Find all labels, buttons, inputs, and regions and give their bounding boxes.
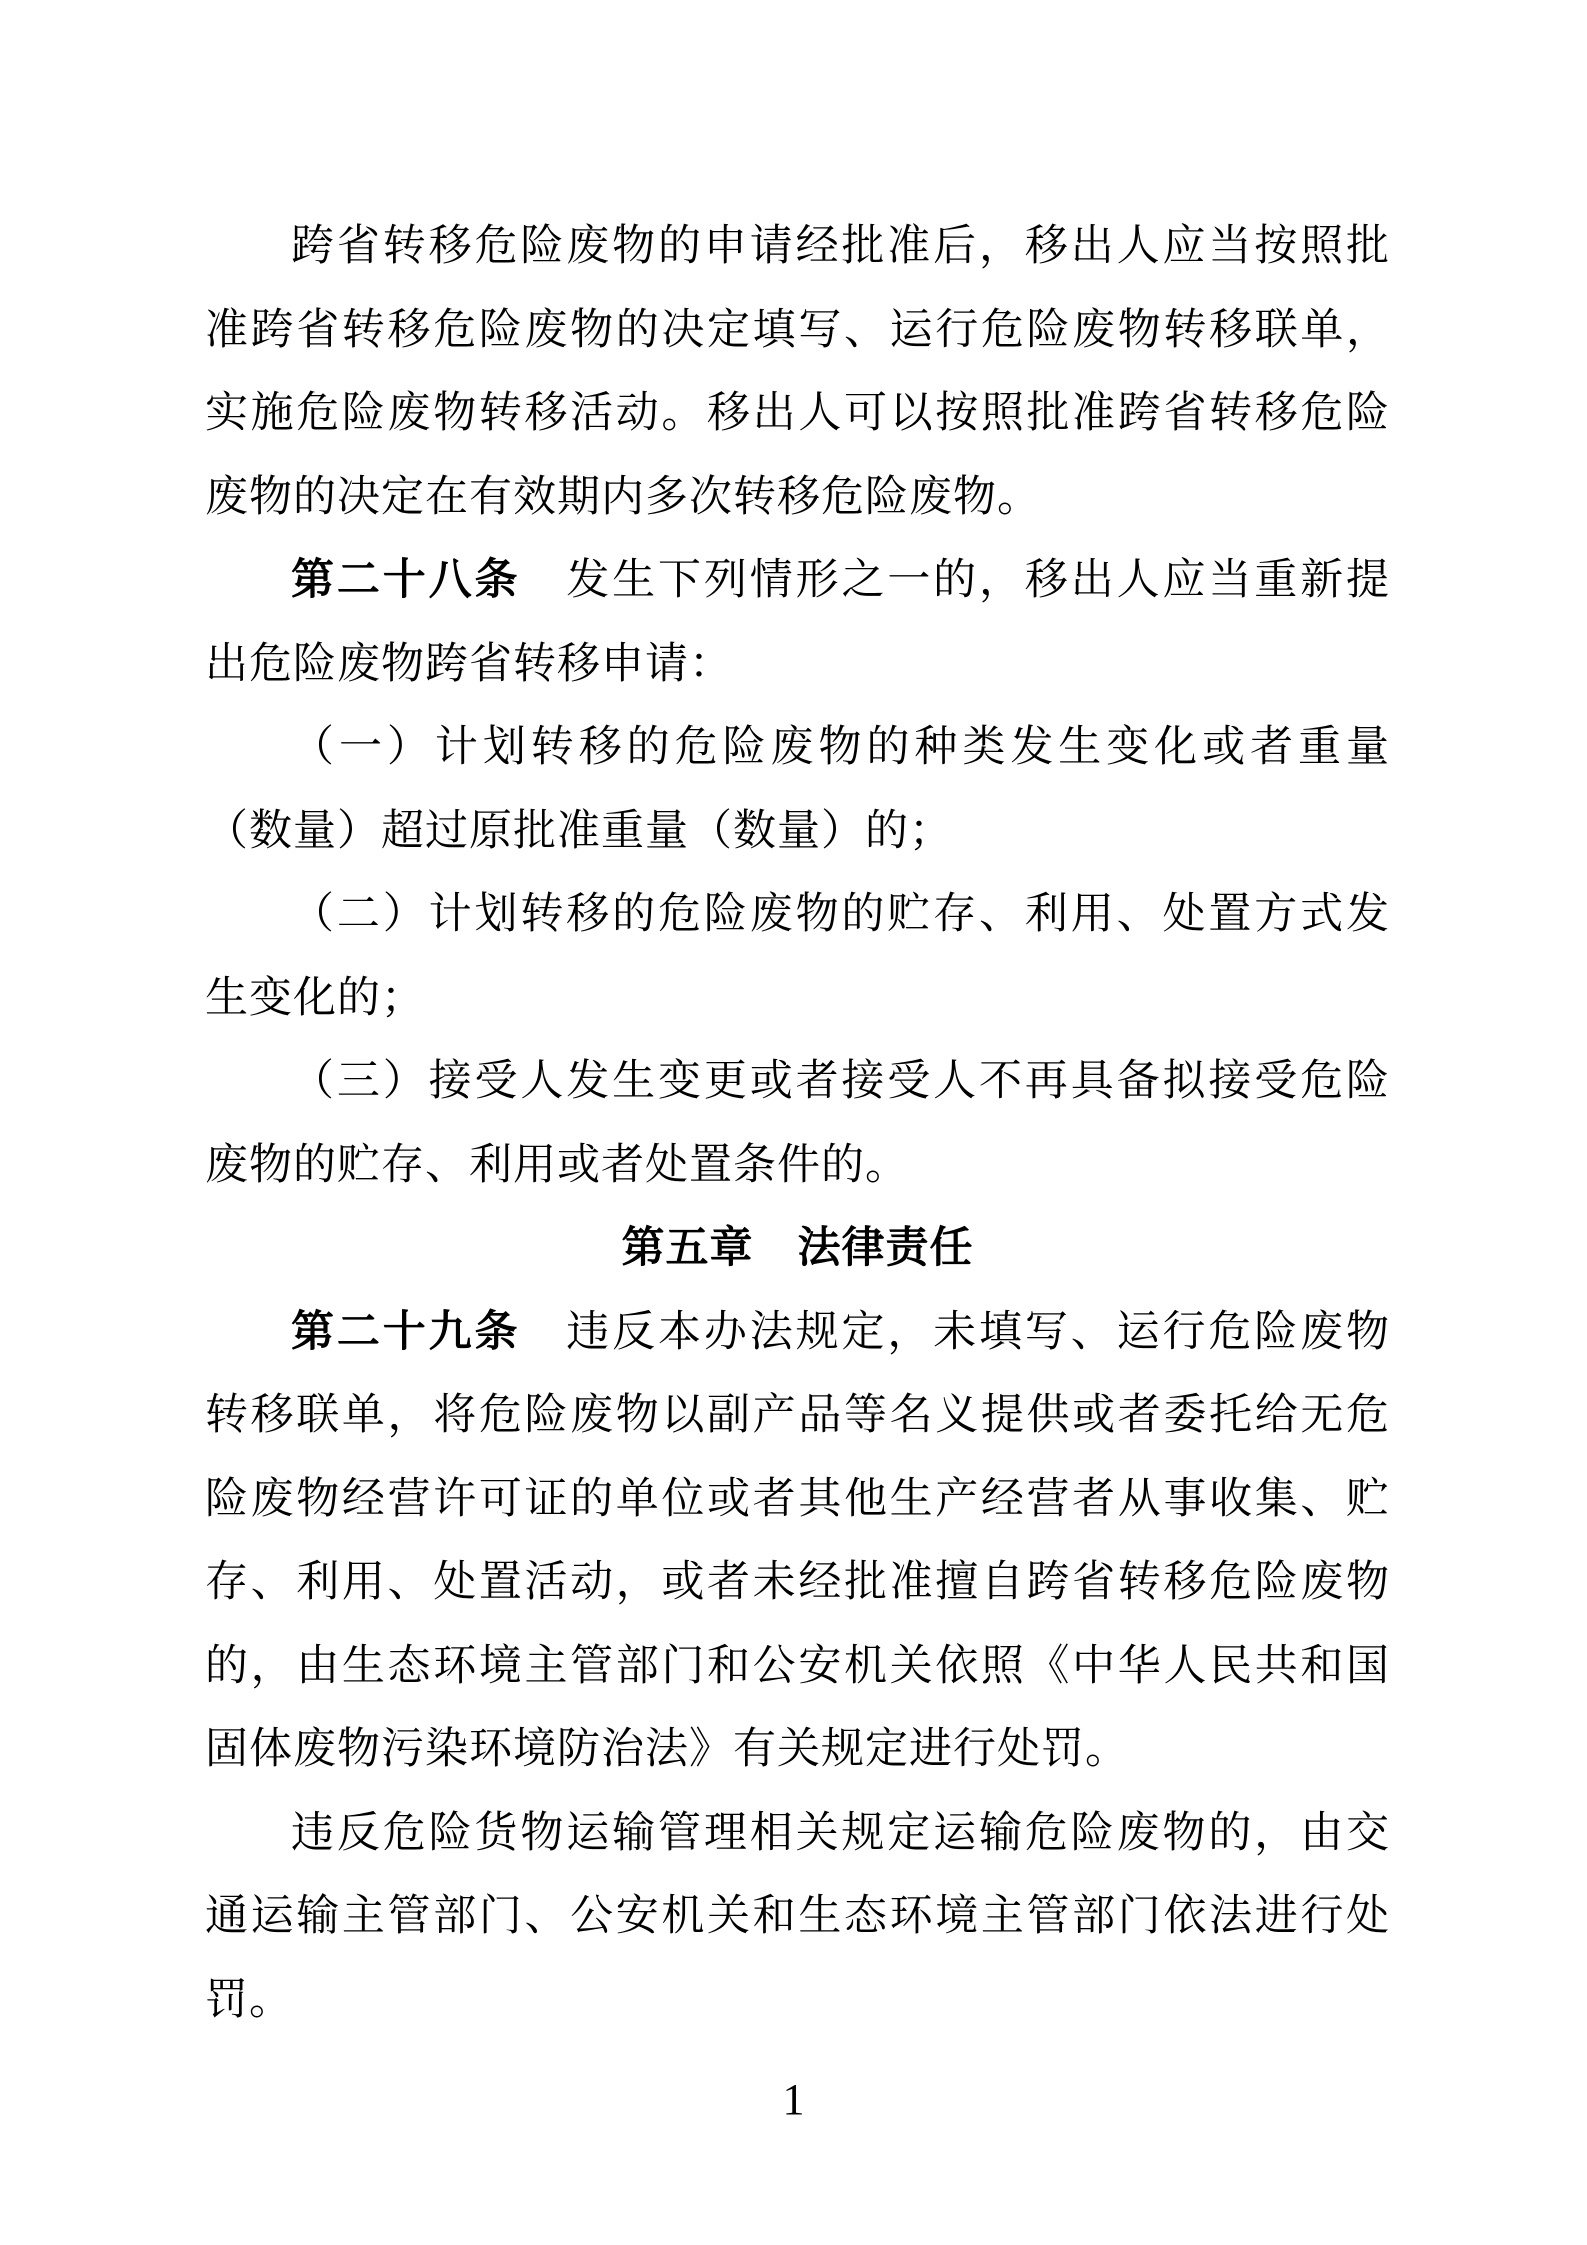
paragraph: （二）计划转移的危险废物的贮存、利用、处置方式发生变化的；	[205, 873, 1390, 1040]
paragraph: 第二十九条 违反本办法规定，未填写、运行危险废物转移联单，将危险废物以副产品等名…	[205, 1291, 1390, 1792]
page-number: 1	[0, 2072, 1587, 2128]
chapter-heading: 第五章 法律责任	[205, 1207, 1390, 1291]
article-number: 第二十八条	[291, 556, 520, 604]
text-run: （三）接受人发生变更或者接受人不再具备拟接受危险废物的贮存、利用或者处置条件的。	[205, 1058, 1390, 1189]
paragraph: 违反危险货物运输管理相关规定运输危险废物的，由交通运输主管部门、公安机关和生态环…	[205, 1792, 1390, 2043]
text-run: （二）计划转移的危险废物的贮存、利用、处置方式发生变化的；	[205, 891, 1390, 1022]
paragraph: （三）接受人发生变更或者接受人不再具备拟接受危险废物的贮存、利用或者处置条件的。	[205, 1040, 1390, 1207]
text-run: 违反危险货物运输管理相关规定运输危险废物的，由交通运输主管部门、公安机关和生态环…	[205, 1810, 1390, 2024]
text-run: 跨省转移危险废物的申请经批准后，移出人应当按照批准跨省转移危险废物的决定填写、运…	[205, 223, 1390, 521]
paragraph: 跨省转移危险废物的申请经批准后，移出人应当按照批准跨省转移危险废物的决定填写、运…	[205, 205, 1390, 539]
text-run: 违反本办法规定，未填写、运行危险废物转移联单，将危险废物以副产品等名义提供或者委…	[205, 1309, 1390, 1774]
text-run: （一）计划转移的危险废物的种类发生变化或者重量（数量）超过原批准重量（数量）的；	[205, 724, 1390, 855]
document-page: 跨省转移危险废物的申请经批准后，移出人应当按照批准跨省转移危险废物的决定填写、运…	[0, 0, 1587, 2245]
article-number: 第二十九条	[291, 1308, 520, 1356]
article-number: 第五章 法律责任	[622, 1224, 974, 1272]
paragraph: （一）计划转移的危险废物的种类发生变化或者重量（数量）超过原批准重量（数量）的；	[205, 706, 1390, 873]
paragraph: 第二十八条 发生下列情形之一的，移出人应当重新提出危险废物跨省转移申请：	[205, 539, 1390, 706]
document-content: 跨省转移危险废物的申请经批准后，移出人应当按照批准跨省转移危险废物的决定填写、运…	[205, 205, 1390, 2042]
